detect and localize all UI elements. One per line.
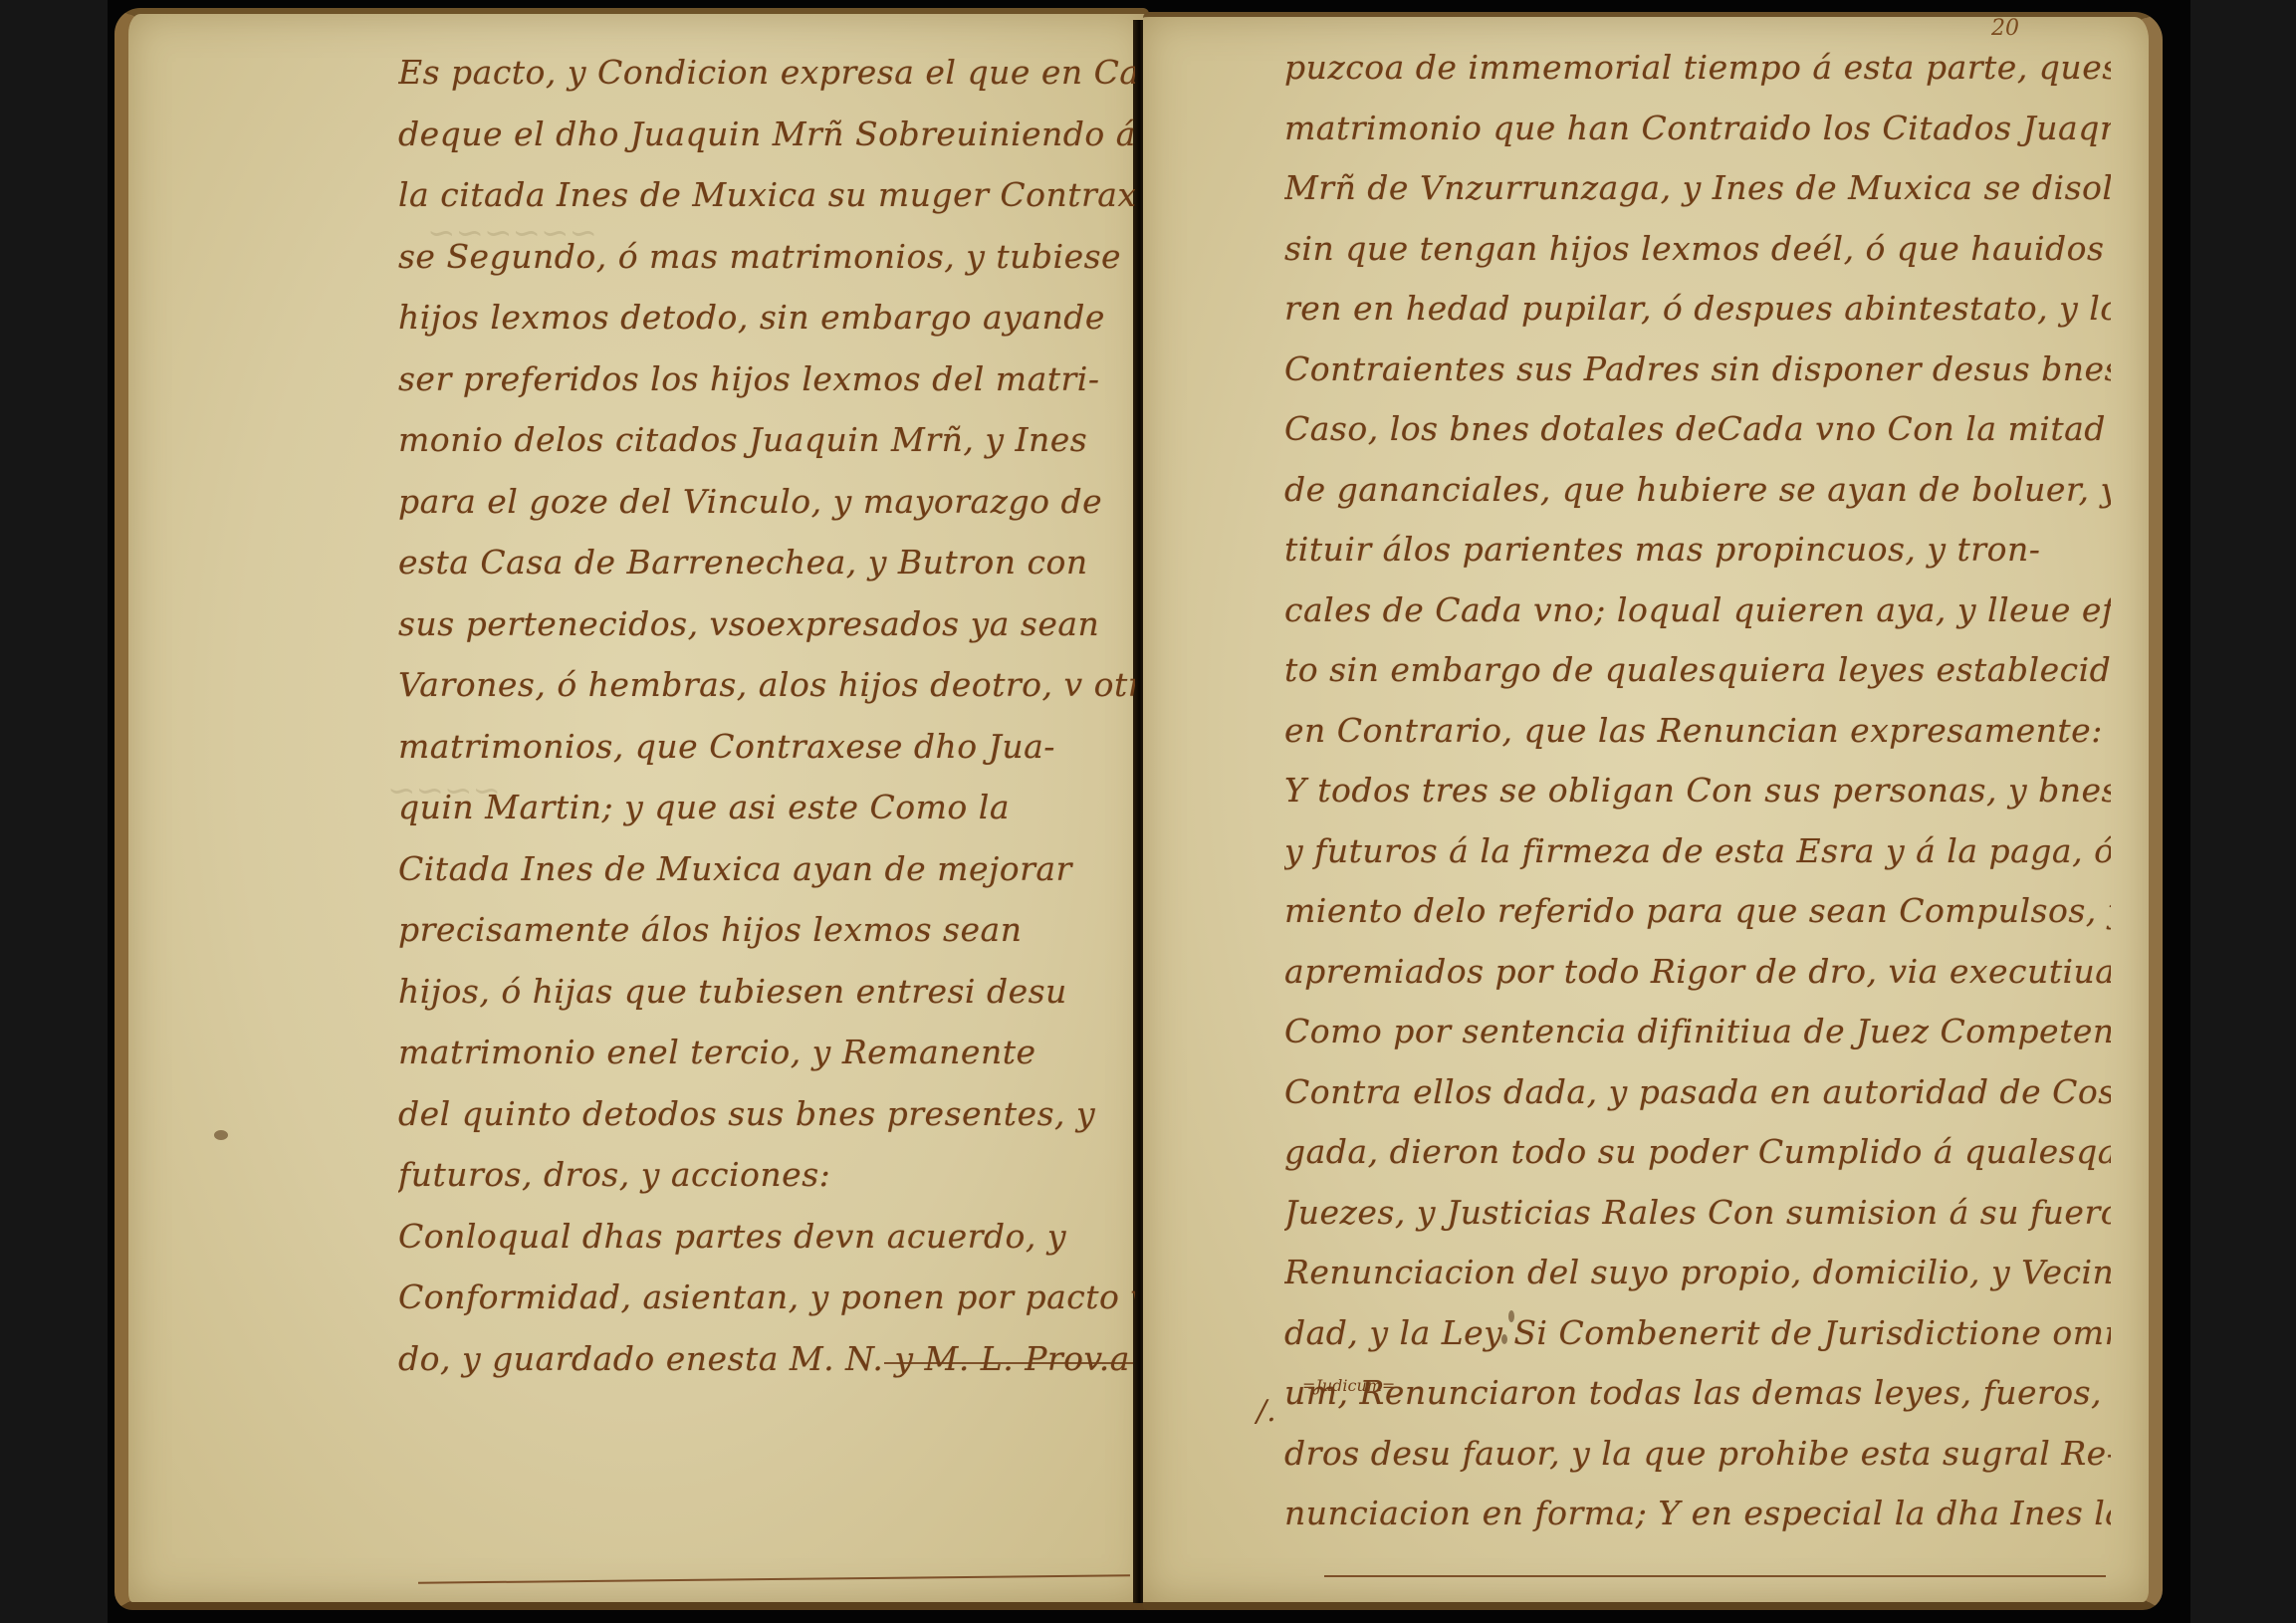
- manuscript-line: sus pertenecidos, vsoexpresados ya sean: [398, 593, 1135, 655]
- manuscript-line: quin Martin; y que asi este Como la: [398, 777, 1135, 838]
- manuscript-line: Caso, los bnes dotales deCada vno Con la…: [1284, 399, 2111, 460]
- manuscript-line: matrimonio que han Contraido los Citados…: [1284, 99, 2111, 159]
- manuscript-line: miento delo referido para que sean Compu…: [1284, 881, 2111, 942]
- manuscript-line: tituir álos parientes mas propincuos, y …: [1284, 520, 2111, 580]
- manuscript-line: Y todos tres se obligan Con sus personas…: [1284, 761, 2111, 821]
- manuscript-line: Contraientes sus Padres sin disponer des…: [1284, 340, 2111, 400]
- manuscript-line: esta Casa de Barrenechea, y Butron con: [398, 532, 1135, 593]
- manuscript-line: en Contrario, que las Renuncian expresam…: [1284, 701, 2111, 762]
- manuscript-line: ser preferidos los hijos lexmos del matr…: [398, 348, 1135, 410]
- manuscript-line: matrimonio enel tercio, y Remanente: [398, 1022, 1135, 1083]
- manuscript-line: Conformidad, asientan, y ponen por pacto…: [398, 1267, 1135, 1328]
- margin-mark: /.: [1257, 1394, 1276, 1429]
- ink-blot: [214, 1130, 228, 1140]
- manuscript-line: cales de Cada vno; loqual quieren aya, y…: [1284, 580, 2111, 641]
- manuscript-line: la citada Ines de Muxica su muger Contra…: [398, 164, 1135, 226]
- manuscript-line: hijos lexmos detodo, sin embargo ayande: [398, 287, 1135, 348]
- manuscript-line: matrimonios, que Contraxese dho Jua-: [398, 716, 1135, 778]
- manuscript-line: hijos, ó hijas que tubiesen entresi desu: [398, 961, 1135, 1023]
- manuscript-line: monio delos citados Juaquin Mrñ, y Ines: [398, 409, 1135, 471]
- manuscript-line: um, Renunciaron todas las demas leyes, f…: [1284, 1363, 2111, 1424]
- manuscript-line: dros desu fauor, y la que prohibe esta s…: [1284, 1424, 2111, 1485]
- manuscript-line: Contra ellos dada, y pasada en autoridad…: [1284, 1062, 2111, 1123]
- page-end-rule: [1324, 1575, 2106, 1577]
- viewer-frame: ~~~~~~ ~~~~ Es pacto, y Condicion expres…: [0, 0, 2296, 1623]
- line-filler-rule: [884, 1362, 1133, 1364]
- manuscript-line: puzcoa de immemorial tiempo á esta parte…: [1284, 38, 2111, 99]
- manuscript-line: Juezes, y Justicias Rales Con sumision á…: [1284, 1183, 2111, 1244]
- manuscript-line: de gananciales, que hubiere se ayan de b…: [1284, 460, 2111, 521]
- manuscript-line: apremiados por todo Rigor de dro, via ex…: [1284, 942, 2111, 1003]
- interlinear-insertion: =Judicum=: [1302, 1376, 1395, 1395]
- left-page-text: Es pacto, y Condicion expresa el que en …: [398, 42, 1135, 1389]
- manuscript-line: se Segundo, ó mas matrimonios, y tubiese: [398, 226, 1135, 288]
- manuscript-line: dad, y la Ley Si Combenerit de Jurisdict…: [1284, 1303, 2111, 1364]
- manuscript-line: Mrñ de Vnzurrunzaga, y Ines de Muxica se…: [1284, 158, 2111, 219]
- manuscript-line: nunciacion en forma; Y en especial la dh…: [1284, 1484, 2111, 1544]
- right-page-text: puzcoa de immemorial tiempo á esta parte…: [1284, 38, 2111, 1544]
- manuscript-line: futuros, dros, y acciones:: [398, 1144, 1135, 1206]
- manuscript-line: Conloqual dhas partes devn acuerdo, y: [398, 1206, 1135, 1268]
- manuscript-line: Renunciacion del suyo propio, domicilio,…: [1284, 1243, 2111, 1303]
- manuscript-line: y futuros á la firmeza de esta Esra y á …: [1284, 821, 2111, 882]
- manuscript-line: para el goze del Vinculo, y mayorazgo de: [398, 471, 1135, 533]
- manuscript-line: sin que tengan hijos lexmos deél, ó que …: [1284, 219, 2111, 280]
- manuscript-line: del quinto detodos sus bnes presentes, y: [398, 1083, 1135, 1145]
- manuscript-line: precisamente álos hijos lexmos sean: [398, 899, 1135, 961]
- manuscript-line: Citada Ines de Muxica ayan de mejorar: [398, 838, 1135, 900]
- manuscript-line: Como por sentencia difinitiua de Juez Co…: [1284, 1002, 2111, 1062]
- manuscript-line: deque el dho Juaquin Mrñ Sobreuiniendo á: [398, 104, 1135, 165]
- manuscript-line: to sin embargo de qualesquiera leyes est…: [1284, 640, 2111, 701]
- manuscript-line: Varones, ó hembras, alos hijos deotro, v…: [398, 654, 1135, 716]
- manuscript-line: gada, dieron todo su poder Cumplido á qu…: [1284, 1122, 2111, 1183]
- manuscript-line: ren en hedad pupilar, ó despues abintest…: [1284, 279, 2111, 340]
- manuscript-line: Es pacto, y Condicion expresa el que en …: [398, 42, 1135, 104]
- manuscript-line: do, y guardado enesta M. N. y M. L. Prov…: [398, 1328, 1135, 1390]
